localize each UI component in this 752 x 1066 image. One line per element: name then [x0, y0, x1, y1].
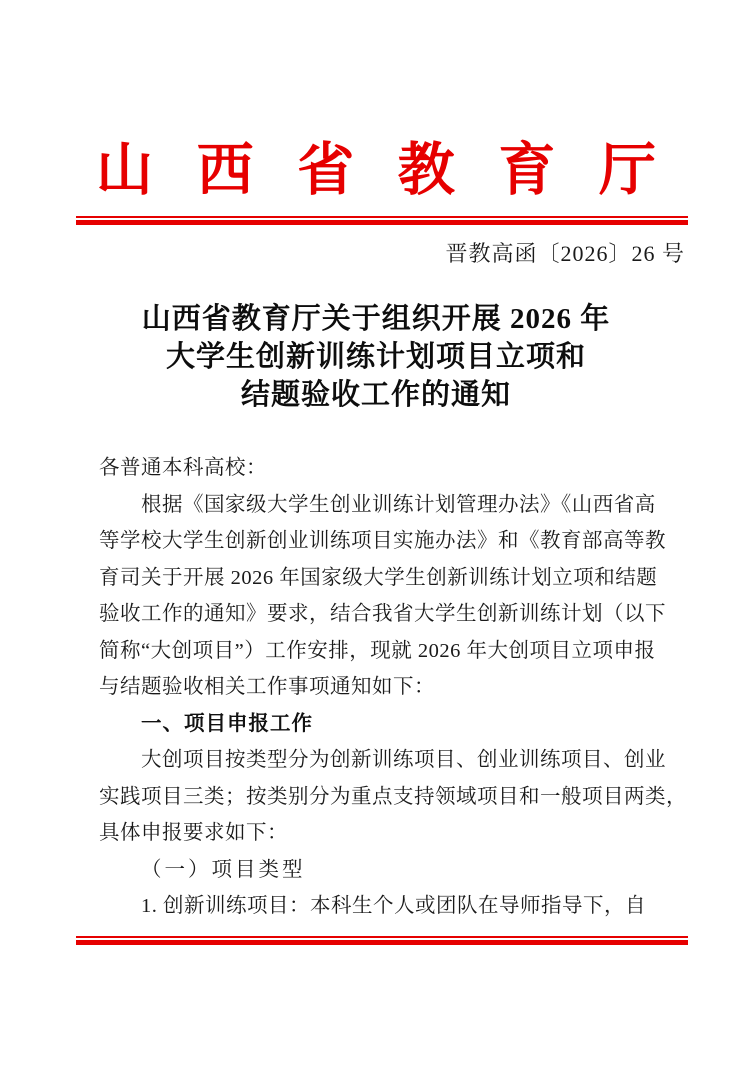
- agency-char: 厅: [599, 142, 656, 199]
- document-page: 山 西 省 教 育 厅 晋教高函〔2026〕26 号 山西省教育厅关于组织开展 …: [0, 0, 752, 1066]
- agency-char: 山: [96, 142, 153, 199]
- section-heading-1: 一、项目申报工作: [99, 706, 659, 743]
- body-line: 具体申报要求如下：: [99, 815, 659, 852]
- body-line: 简称“大创项目”）工作安排，现就 2026 年大创项目立项申报: [99, 633, 659, 670]
- agency-char: 省: [297, 142, 354, 199]
- agency-letterhead: 山 西 省 教 育 厅: [96, 142, 656, 199]
- document-body: 各普通本科高校： 根据《国家级大学生创业训练计划管理办法》《山西省高 等学校大学…: [99, 450, 659, 925]
- rule-thick-line: [76, 940, 688, 945]
- agency-char: 西: [197, 142, 254, 199]
- body-line: 验收工作的通知》要求，结合我省大学生创新训练计划（以下: [99, 596, 659, 633]
- body-line: 等学校大学生创新创业训练项目实施办法》和《教育部高等教: [99, 523, 659, 560]
- body-line: 大创项目按类型分为创新训练项目、创业训练项目、创业: [99, 742, 659, 779]
- document-title-line-1: 山西省教育厅关于组织开展 2026 年: [0, 300, 752, 338]
- footer-divider-rule: [76, 936, 688, 945]
- body-line: 与结题验收相关工作事项通知如下：: [99, 669, 659, 706]
- body-line: 实践项目三类；按类别分为重点支持领域项目和一般项目两类，: [99, 779, 659, 816]
- body-line: 根据《国家级大学生创业训练计划管理办法》《山西省高: [99, 487, 659, 524]
- salutation-line: 各普通本科高校：: [99, 450, 659, 487]
- subsection-heading-1: （一）项目类型: [99, 852, 659, 889]
- document-title-line-3: 结题验收工作的通知: [0, 376, 752, 414]
- doc-reference-number: 晋教高函〔2026〕26 号: [445, 237, 685, 268]
- document-title: 山西省教育厅关于组织开展 2026 年 大学生创新训练计划项目立项和 结题验收工…: [0, 300, 752, 414]
- document-title-line-2: 大学生创新训练计划项目立项和: [0, 338, 752, 376]
- rule-thick-line: [76, 220, 688, 225]
- agency-char: 教: [398, 142, 455, 199]
- body-line: 育司关于开展 2026 年国家级大学生创新训练计划立项和结题: [99, 560, 659, 597]
- body-line: 1. 创新训练项目：本科生个人或团队在导师指导下，自: [99, 888, 659, 925]
- agency-char: 育: [498, 142, 555, 199]
- letterhead-divider-rule: [76, 216, 688, 225]
